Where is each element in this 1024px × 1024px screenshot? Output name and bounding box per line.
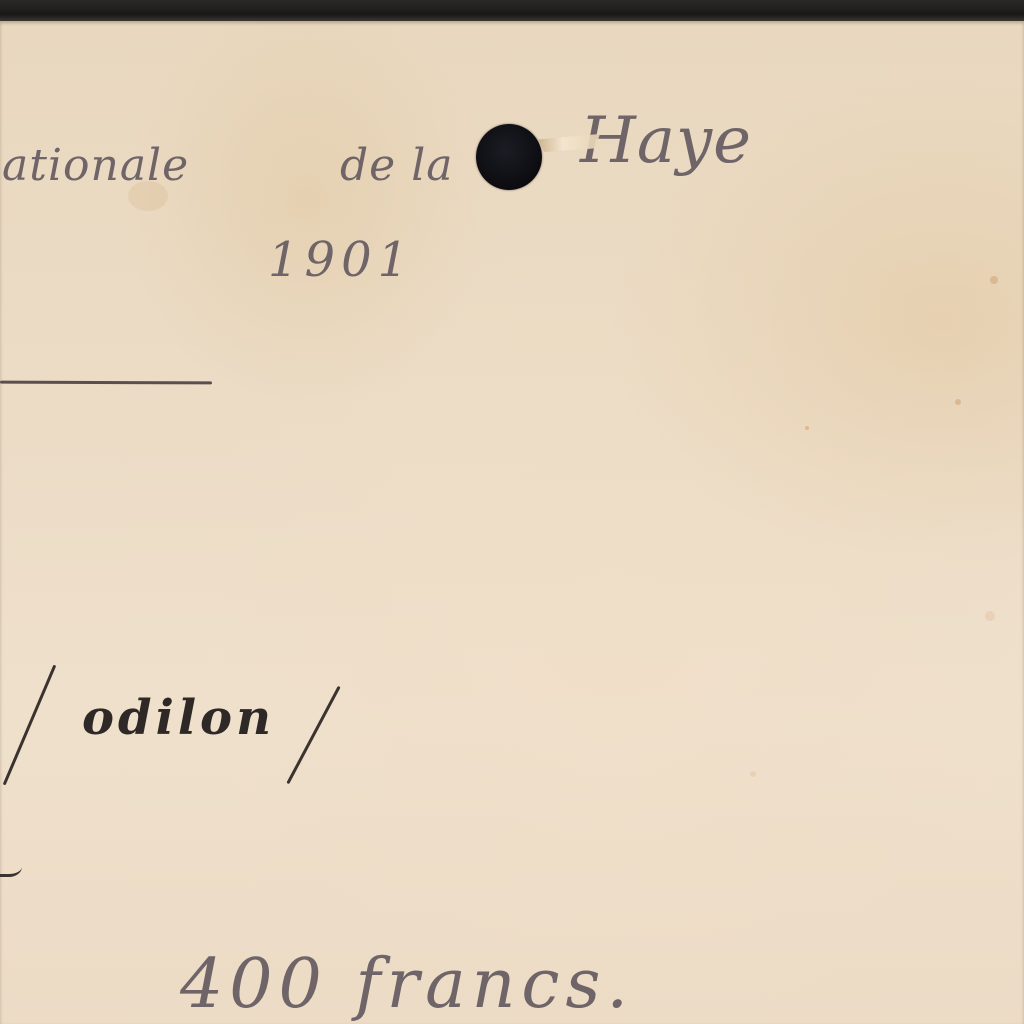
document-frame: ationale de la Haye 1901 odilon 400 fran… <box>0 0 1024 1024</box>
header-text-fragment-a: ationale <box>2 140 189 191</box>
foxing-stain <box>955 399 961 405</box>
year-text: 1901 <box>268 232 414 288</box>
foxing-stain <box>805 426 809 430</box>
foxing-stain <box>985 611 995 621</box>
header-text-fragment-c: Haye <box>580 104 752 178</box>
foxing-stain <box>990 276 998 284</box>
foxing-stain <box>750 771 756 777</box>
punch-hole <box>476 124 542 190</box>
price-text: 400 francs. <box>180 945 634 1024</box>
name-text: odilon <box>82 690 275 746</box>
frame-border-top <box>0 0 1024 21</box>
header-text-fragment-b: de la <box>340 140 454 191</box>
